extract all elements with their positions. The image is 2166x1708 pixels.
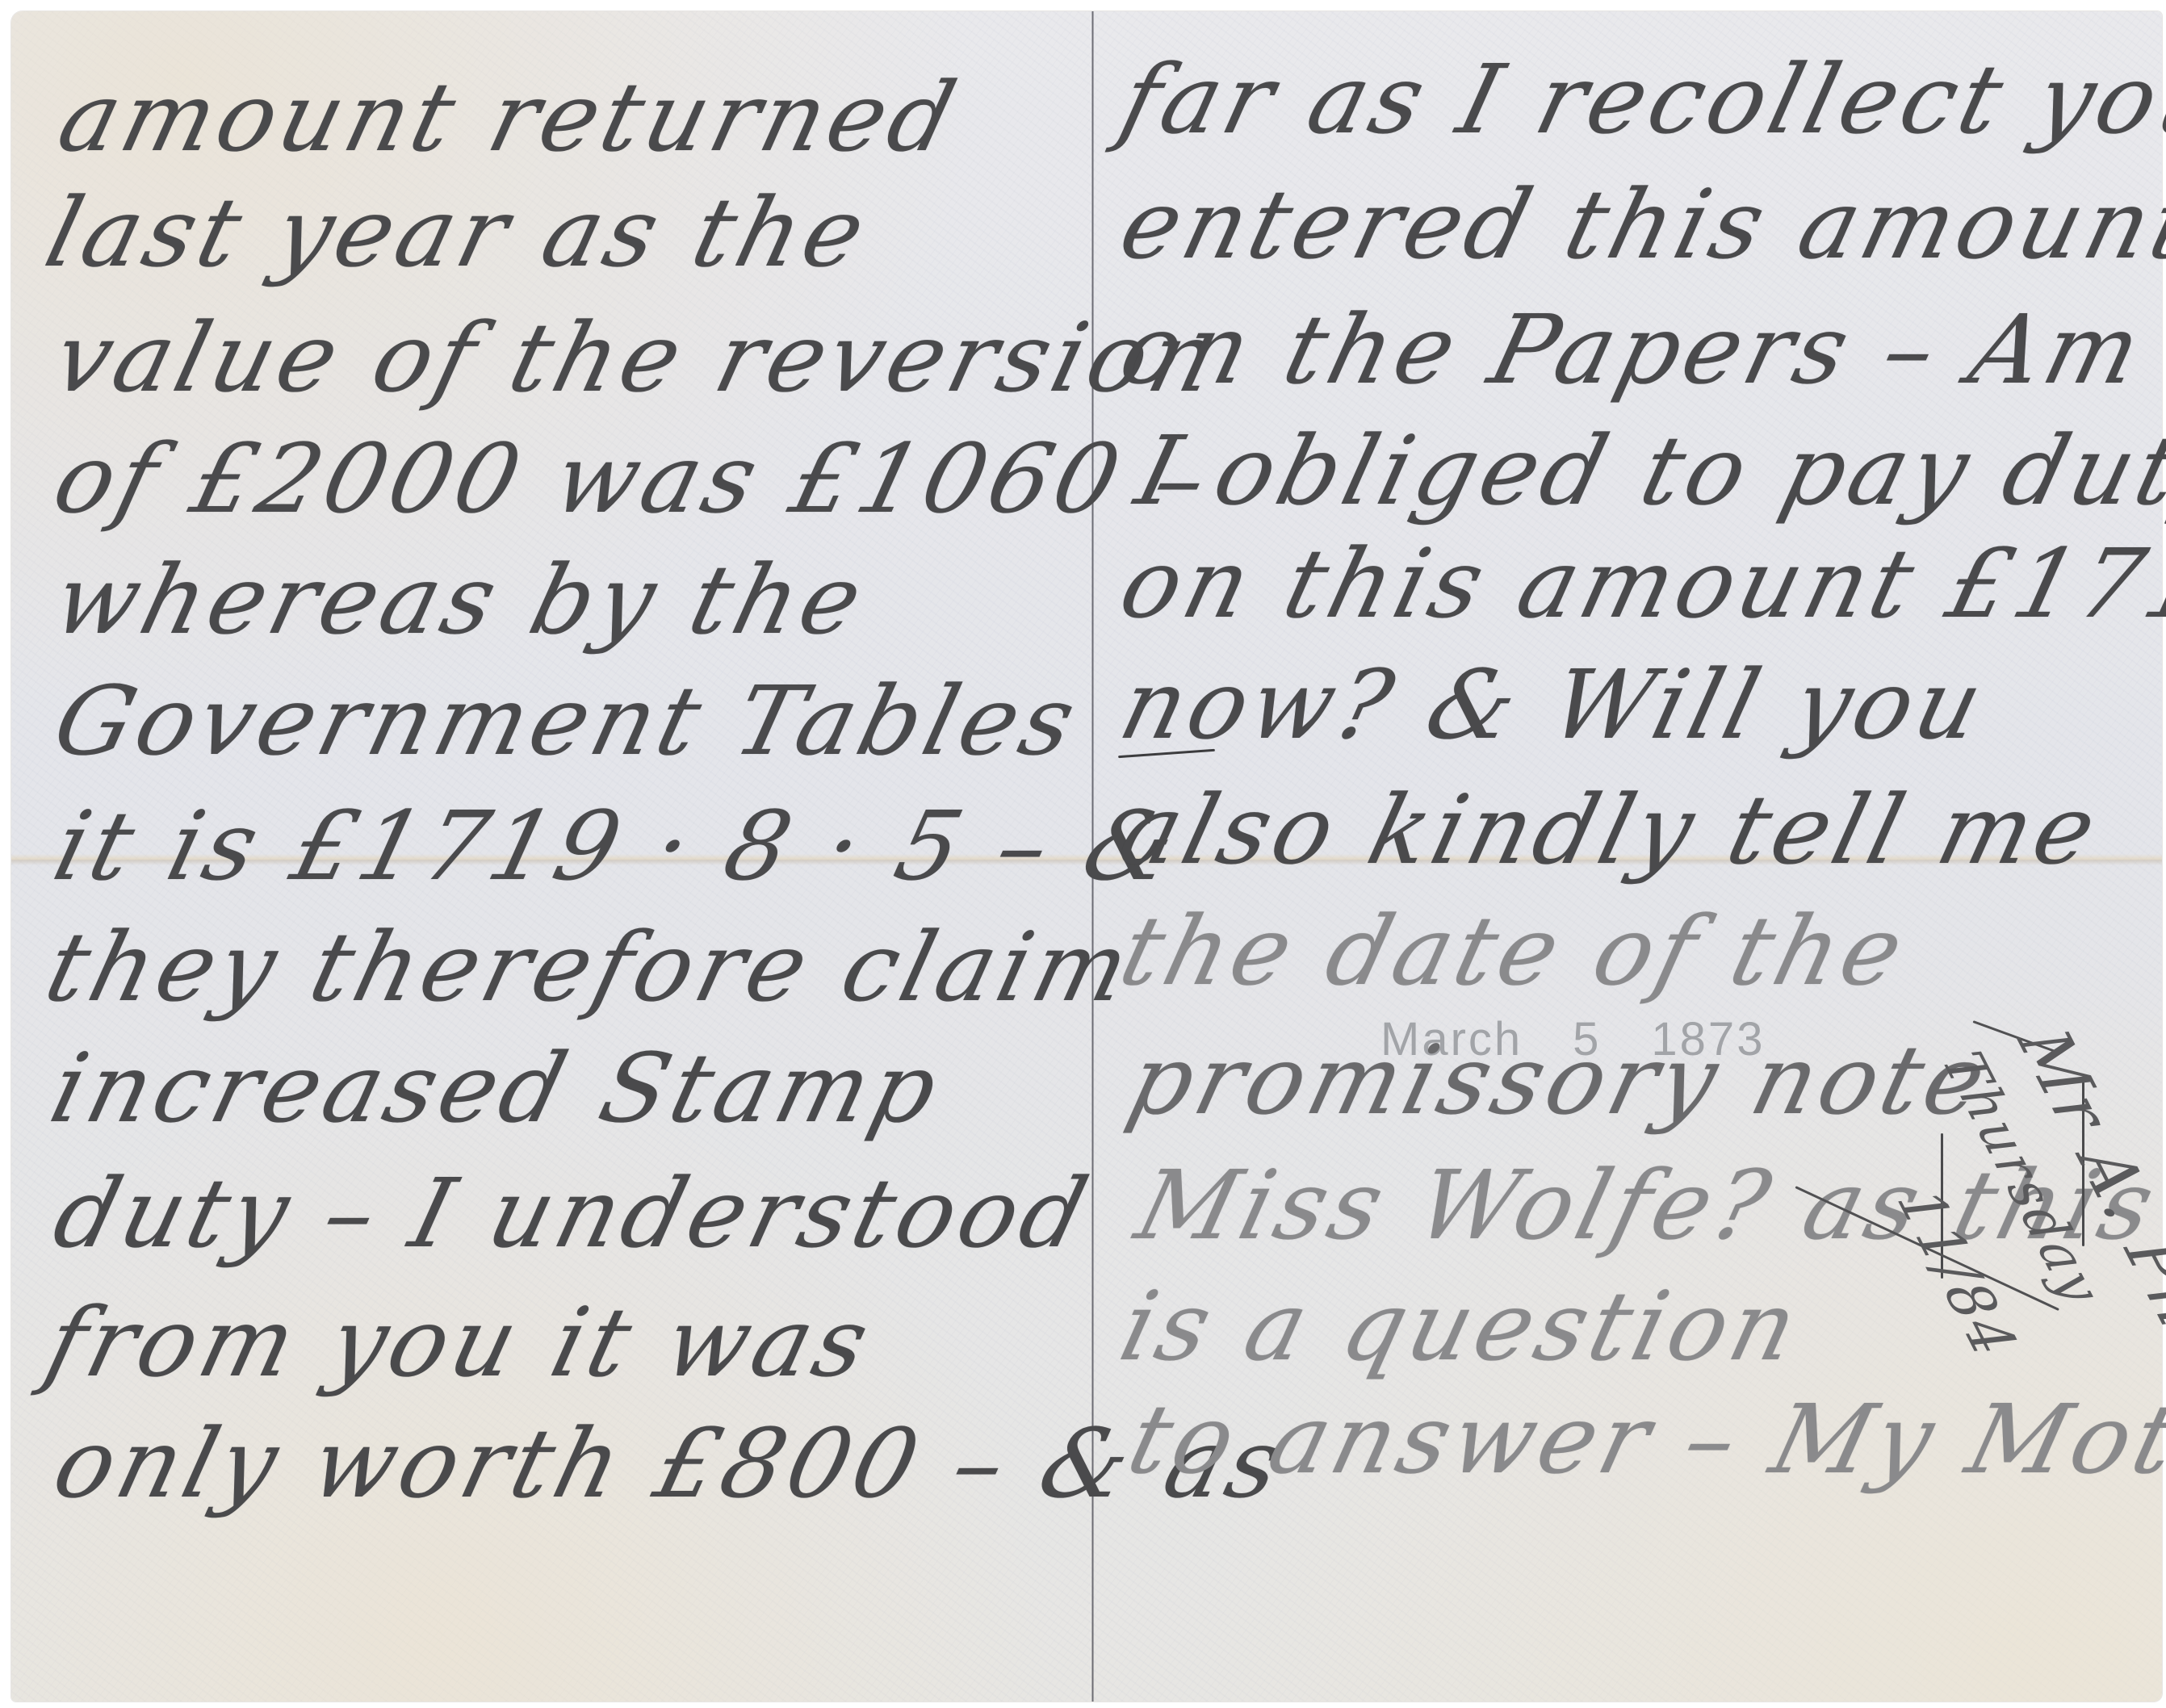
- letter-line: I obliged to pay duty: [1126, 415, 2166, 526]
- letter-line: on this amount £1719-8-5: [1110, 528, 2166, 639]
- cross-written-annotation: Mr A. Phillips Thursday 11/84: [1812, 1012, 2166, 1593]
- letter-line: they therefore claim: [36, 911, 1145, 1023]
- letter-line: last year as the: [36, 177, 880, 288]
- letter-line: duty – I understood: [44, 1158, 1103, 1269]
- letter-line: Government Tables: [44, 665, 1091, 777]
- letter-sheet: amount returned last year as the value o…: [11, 11, 2162, 1702]
- letter-line: of £2000 was £1060 –: [44, 423, 1223, 534]
- letter-line: is a question: [1110, 1271, 1812, 1382]
- letter-line: now? & Will you: [1110, 649, 1997, 760]
- letter-line: the date of the: [1110, 895, 1918, 1007]
- letter-line: on the Papers – Am: [1110, 294, 2156, 405]
- letter-line: it is £1719 · 8 · 5 – &: [44, 790, 1191, 902]
- left-page: amount returned last year as the value o…: [11, 11, 1091, 1702]
- letter-line: value of the reversion: [44, 302, 1232, 413]
- letter-line: amount returned: [48, 61, 970, 173]
- letter-line: whereas by the: [44, 544, 878, 655]
- letter-line: from you it was: [36, 1287, 884, 1398]
- letter-line: entered this amount: [1110, 169, 2166, 280]
- letter-line: far as I recollect you: [1110, 44, 2166, 155]
- letter-line: increased Stamp: [40, 1032, 953, 1144]
- letter-line: also kindly tell me: [1110, 774, 2111, 885]
